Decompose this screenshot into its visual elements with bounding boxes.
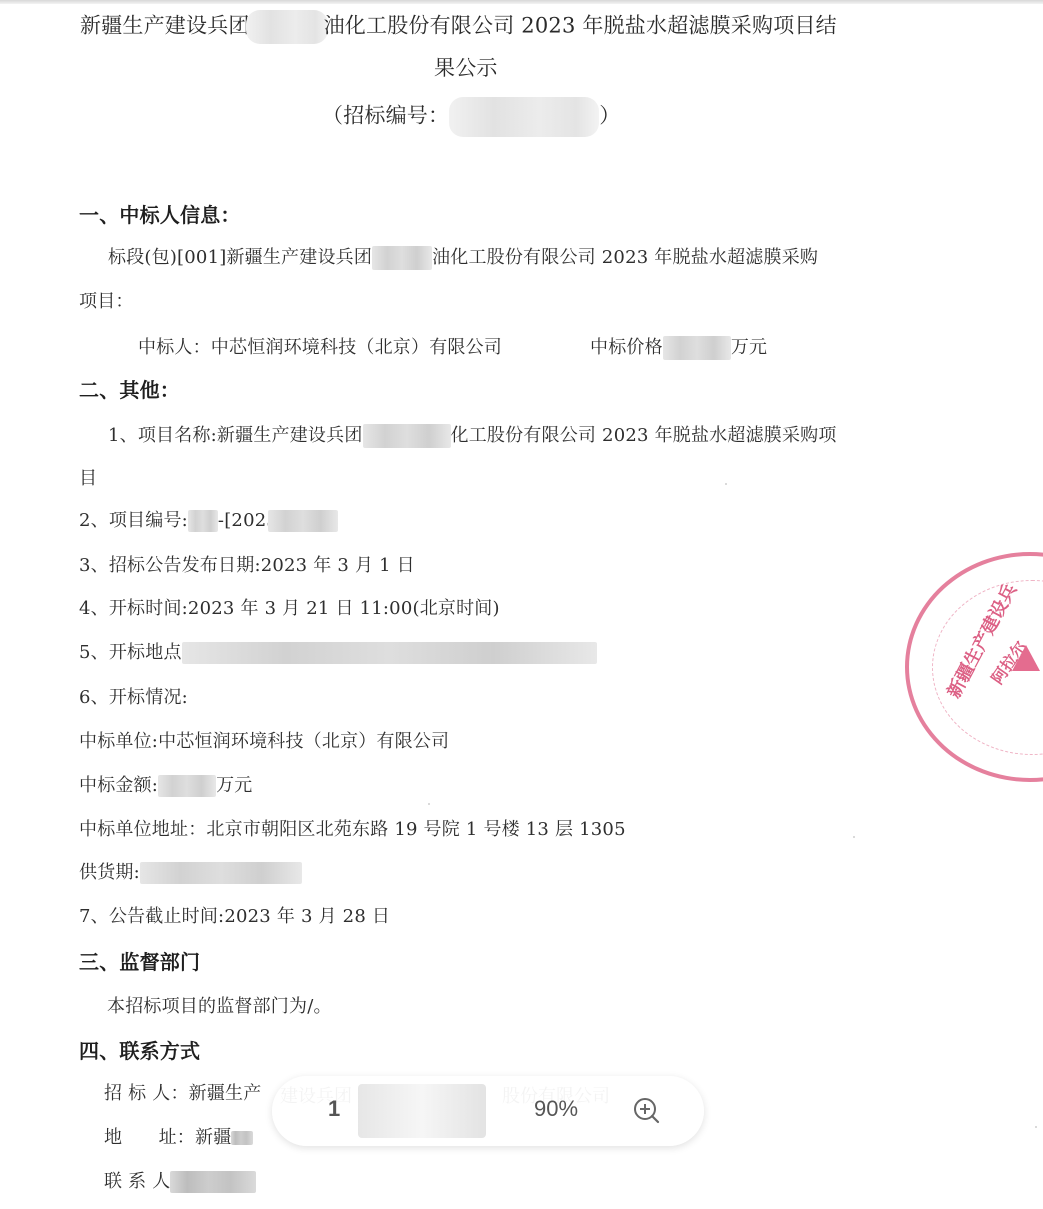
supervision-text: 本招标项目的监督部门为/。 [107,995,332,1019]
redacted-block [363,424,451,448]
delivery-period: 供货期: [79,861,302,885]
redacted-page-control [358,1084,486,1138]
item-1-cont: 目 [79,467,97,491]
price-label: 中标价格 [590,337,663,358]
item-1: 1、项目名称:新疆生产建设兵团化工股份有限公司 2023 年脱盐水超滤膜采购项 [108,424,837,448]
winner-amount-label: 中标金额: [79,775,158,796]
price-unit: 万元 [731,337,767,358]
winner-unit: 中标单位:中芯恒润环境科技（北京）有限公司 [79,730,449,754]
title-text-a: 新疆生产建设兵团 [80,14,250,38]
item-1-text-a: 1、项目名称:新疆生产建设兵团 [108,425,363,446]
zoom-level: 90% [534,1096,578,1122]
document-page: 新疆生产建设兵团油化工股份有限公司 2023 年脱盐水超滤膜采购项目结 果公示 … [0,0,1043,1209]
scan-speck [853,836,855,838]
title-text-b: 油化工股份有限公司 2023 年脱盐水超滤膜采购项目结 [324,14,837,38]
section-3-heading: 三、监督部门 [79,949,200,975]
winner-line: 中标人：中芯恒润环境科技（北京）有限公司 [138,336,502,360]
redacted-block [268,510,338,532]
zoom-in-icon [632,1096,662,1126]
delivery-label: 供货期: [79,862,140,883]
section-4-heading: 四、联系方式 [79,1038,200,1064]
section-1-heading: 一、中标人信息： [79,202,241,228]
document-title-line2: 果公示 [434,54,498,82]
document-title-line1: 新疆生产建设兵团油化工股份有限公司 2023 年脱盐水超滤膜采购项目结 [80,10,837,44]
item-4: 4、开标时间:2023 年 3 月 21 日 11:00(北京时间) [79,597,500,621]
scan-speck [725,483,727,485]
item-6: 6、开标情况: [79,686,188,710]
item-2: 2、项目编号:-[2023 [79,509,338,533]
redacted-block [372,246,432,270]
contact-label: 联 系 人 [104,1171,170,1192]
redacted-bid-number [449,97,599,137]
page-indicator[interactable]: 1 [328,1096,340,1122]
redacted-block [231,1131,253,1145]
contact-line: 联 系 人 [104,1170,256,1194]
bid-number: （招标编号：） [322,97,620,137]
tenderer-line: 招 标 人：新疆生产 [104,1082,261,1106]
item-1-text-b: 化工股份有限公司 2023 年脱盐水超滤膜采购项 [451,425,837,446]
redacted-amount [158,775,216,797]
item-5: 5、开标地点 [79,641,597,665]
address-label: 地 址：新疆 [104,1127,231,1148]
winner-address: 中标单位地址：北京市朝阳区北苑东路 19 号院 1 号楼 13 层 1305 [79,818,626,842]
winner-amount-unit: 万元 [216,775,252,796]
lot-text-a: 标段(包)[001]新疆生产建设兵团 [108,247,372,268]
redacted-contact [170,1171,256,1193]
lot-line-cont: 项目： [79,290,134,314]
winner-amount: 中标金额:万元 [79,774,252,798]
scan-speck [1035,1126,1037,1128]
scan-speck [428,803,430,805]
lot-line: 标段(包)[001]新疆生产建设兵团油化工股份有限公司 2023 年脱盐水超滤膜… [108,246,818,270]
winner-text: 中标人：中芯恒润环境科技（北京）有限公司 [138,337,502,358]
redacted-block [246,10,328,44]
item-5-label: 5、开标地点 [79,642,182,663]
viewer-floating-toolbar: 1 90% [272,1076,704,1146]
seal-triangle-icon [1012,645,1040,671]
item-3: 3、招标公告发布日期:2023 年 3 月 1 日 [79,554,415,578]
item-7: 7、公告截止时间:2023 年 3 月 28 日 [79,905,390,929]
price-line: 中标价格万元 [590,336,767,360]
zoom-in-button[interactable] [632,1096,662,1126]
item-2-label: 2、项目编号: [79,510,188,531]
redacted-block [188,510,218,532]
redacted-price [663,336,731,360]
redacted-location [182,642,597,664]
lot-text-b: 油化工股份有限公司 2023 年脱盐水超滤膜采购 [432,247,818,268]
section-2-heading: 二、其他： [79,377,180,403]
bid-number-label: （招标编号： [322,104,449,128]
bid-number-close: ） [599,104,620,128]
redacted-delivery [140,862,302,884]
address-line: 地 址：新疆 [104,1126,253,1150]
